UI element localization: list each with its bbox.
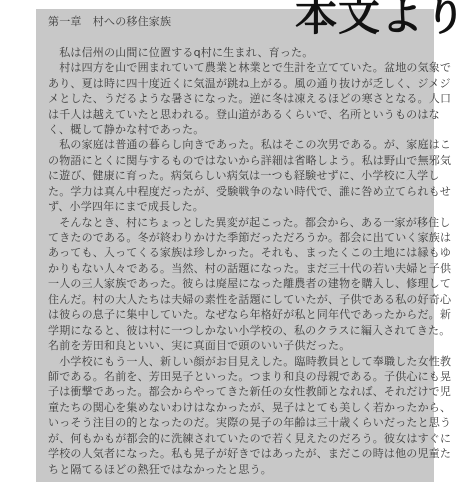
text-line: てきたのである。冬が終わりかけた季節だっただろうか。都会に出ていく家族は — [48, 230, 430, 245]
text-line: かりもない人々である。当然、村の話題になった。まだ三十代の若い夫婦と子供 — [48, 261, 430, 276]
text-line: あり、夏は時に四十度近くに気温が跳ね上がる。風の通り抜けが乏しく、ジメジ — [48, 76, 430, 91]
text-line: が、何もかもが都会的に洗練されていたので若く見えたのだろう。彼女はすぐに — [48, 431, 430, 446]
text-line: の物語にとくに関与するものではないから詳細は省略しよう。私は野山で無邪気 — [48, 153, 430, 168]
text-line: あっても、入ってくる家族は珍しかった。それも、まったくこの土地には縁もゆ — [48, 245, 430, 260]
text-line: は千人は越えていたと思われる。登山道があるくらいで、名所というものはな — [48, 107, 430, 122]
text-line: 小学校にもう一人、新しい顔がお目見えした。臨時教員として奉職した女性教 — [48, 354, 430, 369]
scanned-document-page: 第一章 村への移住家族 私は信州の山間に位置するq村に生まれ、育った。 村は四方… — [0, 0, 468, 487]
text-line: く、概して静かな村であった。 — [48, 122, 430, 137]
text-line: 住んだ。村の大人たちは夫婦の素性を話題にしていたが、子供である私の好奇心 — [48, 292, 430, 307]
text-line: は彼らの息子に集中していた。なぜなら年格好が私と同年代であったからだ。新 — [48, 307, 430, 322]
text-line: た。学力は真ん中程度だったが、受験戦争のない時代で、誰に咎め立てられもせ — [48, 184, 430, 199]
text-line: ず、小学四年にまで成長した。 — [48, 199, 430, 214]
text-panel: 第一章 村への移住家族 私は信州の山間に位置するq村に生まれ、育った。 村は四方… — [36, 9, 434, 482]
text-line: いっそう注目の的となったのだ。実際の晃子の年齢は三十歳くらいだったと思う — [48, 415, 430, 430]
text-line: そんなとき、村にちょっとした異変が起こった。都会から、ある一家が移住し — [48, 215, 430, 230]
text-line: 名前を芳田和良といい、実に真面目で頭のいい子供だった。 — [48, 338, 430, 353]
text-line: ちと隔てるほどの熱狂ではなかったと思う。 — [48, 462, 430, 477]
text-line: 私の家庭は普通の暮らし向きであった。私はそこの次男である。が、家庭はこ — [48, 137, 430, 152]
text-line: 童たちの関心を集めないわけはなかったが、晃子はとても美しく若かったから、 — [48, 400, 430, 415]
text-line: 学校の人気者になった。私も晃子が好きではあったが、まだこの時は他の児童た — [48, 446, 430, 461]
text-line: 一人の三人家族であった。彼らは廃屋になった離農者の建物を購入し、修理して — [48, 276, 430, 291]
handwritten-annotation: 本文より — [295, 0, 467, 37]
body-text: 私は信州の山間に位置するq村に生まれ、育った。 村は四方を山で囲まれていて農業と… — [48, 45, 430, 477]
text-line: に遊び、健康に育った。病気らしい病気は一つも経験せずに、小学校に入学し — [48, 168, 430, 183]
text-line: 村は四方を山で囲まれていて農業と林業とで生計を立てていた。盆地の気象で — [48, 60, 430, 75]
text-line: 師である。名前を、芳田晃子といった。つまり和良の母親である。子供心にも晃 — [48, 369, 430, 384]
text-line: メとした、うだるような暑さになった。逆に冬は凍えるほどの寒さとなる。人口 — [48, 91, 430, 106]
text-line: 私は信州の山間に位置するq村に生まれ、育った。 — [48, 45, 430, 60]
text-line: 学期になると、彼は村に一つしかない小学校の、私のクラスに編入されてきた。 — [48, 323, 430, 338]
text-line: 子は衝撃であった。都会からやってきた新任の女性教師となれば、それだけで児 — [48, 384, 430, 399]
